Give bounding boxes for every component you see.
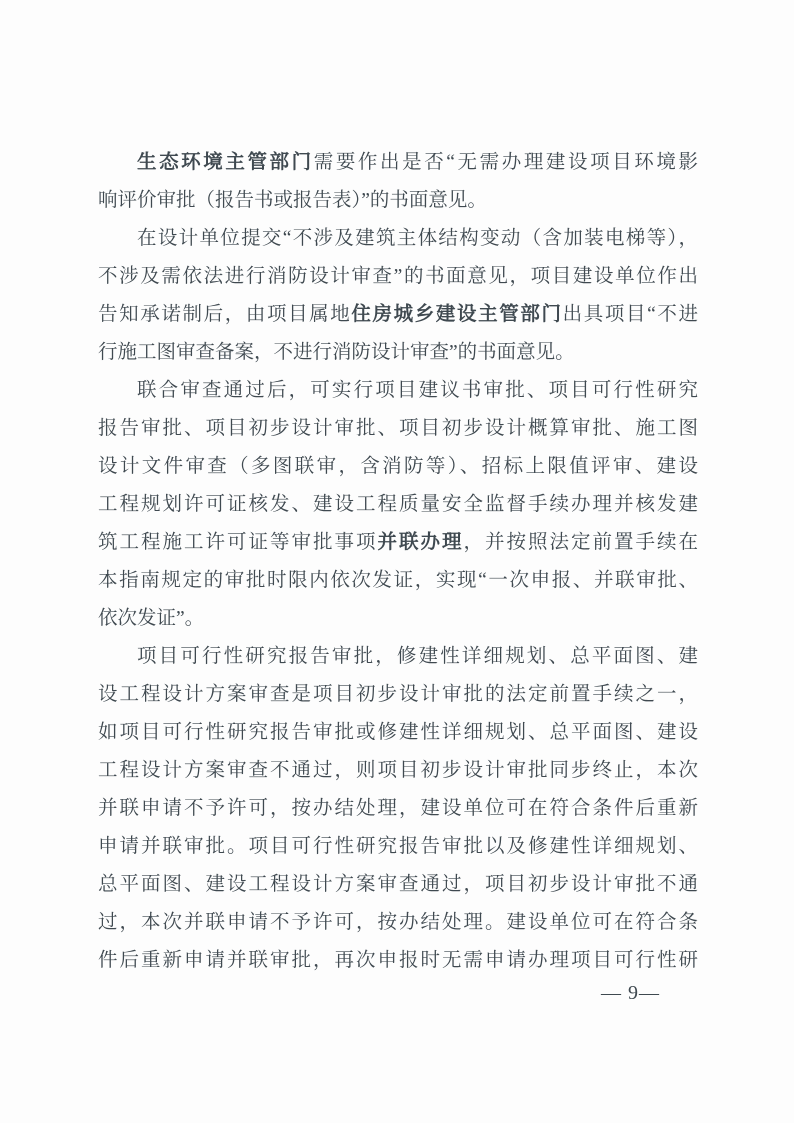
- bold-term: 住房城乡建设主管部门: [351, 304, 562, 325]
- document-body: 生态环境主管部门需要作出是否“无需办理建设项目环境影响评价审批（报告书或报告表）…: [98, 144, 698, 980]
- text-segment: 总平面图、建设工程设计方案审查通过，项目初步设计审批不通: [98, 874, 698, 895]
- text-line: 并联申请不予许可，按办结处理，建设单位可在符合条件后重新: [98, 790, 698, 828]
- text-line: 依次发证”。: [98, 600, 698, 638]
- text-line: 在设计单位提交“不涉及建筑主体结构变动（含加装电梯等），: [98, 220, 698, 258]
- text-line: 总平面图、建设工程设计方案审查通过，项目初步设计审批不通: [98, 866, 698, 904]
- text-line: 行施工图审查备案，不进行消防设计审查”的书面意见。: [98, 334, 698, 372]
- text-line: 件后重新申请并联审批，再次申报时无需申请办理项目可行性研: [98, 942, 698, 980]
- text-segment: 行施工图审查备案，不进行消防设计审查”的书面意见。: [98, 342, 575, 363]
- text-segment: 工程规划许可证核发、建设工程质量安全监督手续办理并核发建: [98, 494, 698, 515]
- text-segment: 报告审批、项目初步设计审批、项目初步设计概算审批、施工图: [98, 418, 698, 439]
- text-segment: 工程设计方案审查不通过，则项目初步设计审批同步终止，本次: [98, 760, 698, 781]
- page-number: — 9—: [601, 978, 660, 1008]
- text-line: 项目可行性研究报告审批，修建性详细规划、总平面图、建: [98, 638, 698, 676]
- text-line: 联合审查通过后，可实行项目建议书审批、项目可行性研究: [98, 372, 698, 410]
- text-line: 设工程设计方案审查是项目初步设计审批的法定前置手续之一，: [98, 676, 698, 714]
- text-line: 筑工程施工许可证等审批事项并联办理，并按照法定前置手续在: [98, 524, 698, 562]
- text-segment: 出具项目“不进: [563, 304, 698, 325]
- bold-term: 并联办理: [377, 532, 463, 553]
- text-segment: 件后重新申请并联审批，再次申报时无需申请办理项目可行性研: [98, 950, 698, 971]
- text-line: 工程设计方案审查不通过，则项目初步设计审批同步终止，本次: [98, 752, 698, 790]
- text-line: 生态环境主管部门需要作出是否“无需办理建设项目环境影: [98, 144, 698, 182]
- text-segment: 设计文件审查（多图联审，含消防等）、招标上限值评审、建设: [98, 456, 698, 477]
- text-segment: 需要作出是否“无需办理建设项目环境影: [314, 152, 698, 173]
- text-segment: 过，本次并联申请不予许可，按办结处理。建设单位可在符合条: [98, 912, 698, 933]
- text-segment: 申请并联审批。项目可行性研究报告审批以及修建性详细规划、: [98, 836, 698, 857]
- text-segment: 依次发证”。: [98, 608, 204, 629]
- text-line: 工程规划许可证核发、建设工程质量安全监督手续办理并核发建: [98, 486, 698, 524]
- text-line: 告知承诺制后，由项目属地住房城乡建设主管部门出具项目“不进: [98, 296, 698, 334]
- text-line: 如项目可行性研究报告审批或修建性详细规划、总平面图、建设: [98, 714, 698, 752]
- text-line: 响评价审批（报告书或报告表）”的书面意见。: [98, 182, 698, 220]
- text-segment: 并联申请不予许可，按办结处理，建设单位可在符合条件后重新: [98, 798, 698, 819]
- text-segment: 在设计单位提交“不涉及建筑主体结构变动（含加装电梯等），: [137, 228, 698, 249]
- text-segment: 项目可行性研究报告审批，修建性详细规划、总平面图、建: [137, 646, 698, 667]
- text-segment: 告知承诺制后，由项目属地: [98, 304, 351, 325]
- document-page: 生态环境主管部门需要作出是否“无需办理建设项目环境影响评价审批（报告书或报告表）…: [0, 0, 794, 1123]
- text-line: 设计文件审查（多图联审，含消防等）、招标上限值评审、建设: [98, 448, 698, 486]
- text-segment: 本指南规定的审批时限内依次发证，实现“一次申报、并联审批、: [98, 570, 698, 591]
- text-line: 本指南规定的审批时限内依次发证，实现“一次申报、并联审批、: [98, 562, 698, 600]
- bold-term: 生态环境主管部门: [137, 152, 314, 173]
- text-line: 过，本次并联申请不予许可，按办结处理。建设单位可在符合条: [98, 904, 698, 942]
- text-segment: 联合审查通过后，可实行项目建议书审批、项目可行性研究: [137, 380, 698, 401]
- text-segment: 如项目可行性研究报告审批或修建性详细规划、总平面图、建设: [98, 722, 698, 743]
- text-line: 报告审批、项目初步设计审批、项目初步设计概算审批、施工图: [98, 410, 698, 448]
- text-segment: 不涉及需依法进行消防设计审查”的书面意见，项目建设单位作出: [98, 266, 698, 287]
- text-line: 申请并联审批。项目可行性研究报告审批以及修建性详细规划、: [98, 828, 698, 866]
- text-line: 不涉及需依法进行消防设计审查”的书面意见，项目建设单位作出: [98, 258, 698, 296]
- text-segment: 设工程设计方案审查是项目初步设计审批的法定前置手续之一，: [98, 684, 698, 705]
- text-segment: 响评价审批（报告书或报告表）”的书面意见。: [98, 190, 487, 211]
- text-segment: ，并按照法定前置手续在: [463, 532, 697, 553]
- text-segment: 筑工程施工许可证等审批事项: [98, 532, 377, 553]
